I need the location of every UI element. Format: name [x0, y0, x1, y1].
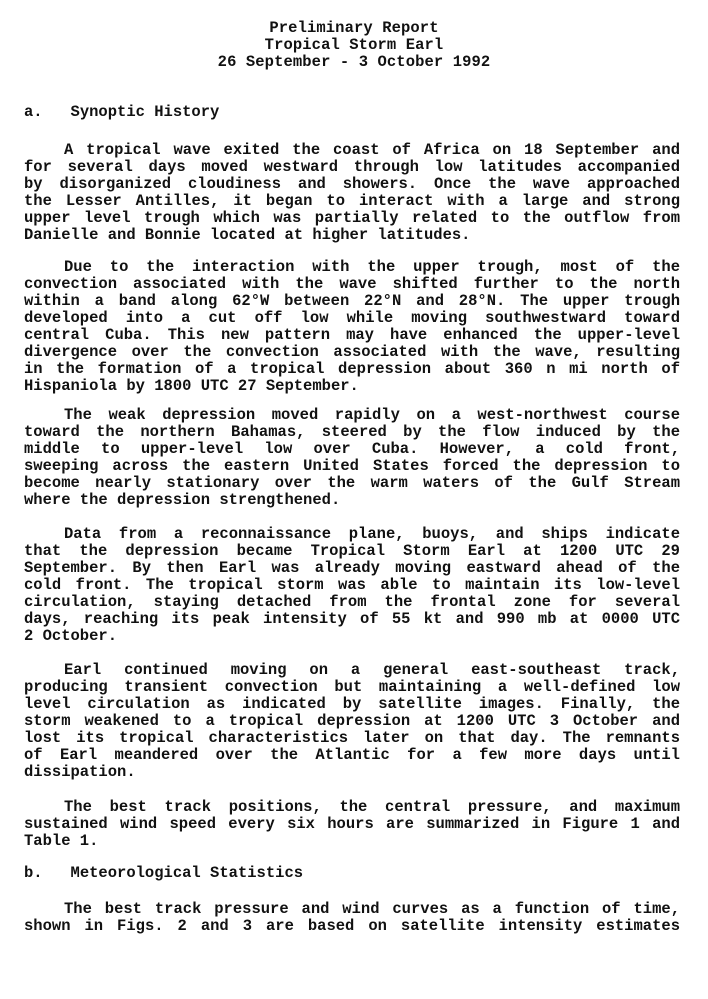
- text-line: upper level trough which was partially r…: [24, 210, 680, 227]
- text-line: Data from a reconnaissance plane, buoys,…: [24, 526, 680, 543]
- report-title: Preliminary Report: [0, 20, 708, 37]
- text-line: lost its tropical characteristics later …: [24, 730, 680, 747]
- text-line: for several days moved westward through …: [24, 159, 680, 176]
- text-line: Due to the interaction with the upper tr…: [24, 259, 680, 276]
- text-line: by disorganized cloudiness and showers. …: [24, 176, 680, 193]
- section-title: Synoptic History: [71, 103, 220, 121]
- text-line: central Cuba. This new pattern may have …: [24, 327, 680, 344]
- text-line: 2 October.: [24, 628, 680, 645]
- text-line: The best track pressure and wind curves …: [24, 901, 680, 918]
- text-line: circulation, staying detached from the f…: [24, 594, 680, 611]
- text-line: middle to upper-level low over Cuba. How…: [24, 441, 680, 458]
- section-label: b.: [24, 864, 43, 882]
- text-line: The weak depression moved rapidly on a w…: [24, 407, 680, 424]
- text-line: divergence over the convection associate…: [24, 344, 680, 361]
- section-heading-meteorological-statistics: b. Meteorological Statistics: [24, 865, 303, 882]
- text-line: shown in Figs. 2 and 3 are based on sate…: [24, 918, 680, 935]
- paragraph: The weak depression moved rapidly on a w…: [24, 407, 680, 509]
- paragraph: A tropical wave exited the coast of Afri…: [24, 142, 680, 244]
- text-line: where the depression strengthened.: [24, 492, 680, 509]
- document-page: Preliminary Report Tropical Storm Earl 2…: [0, 0, 708, 999]
- text-line: days, reaching its peak intensity of 55 …: [24, 611, 680, 628]
- text-line: A tropical wave exited the coast of Afri…: [24, 142, 680, 159]
- storm-name: Tropical Storm Earl: [0, 37, 708, 54]
- text-line: Danielle and Bonnie located at higher la…: [24, 227, 680, 244]
- text-line: level circulation as indicated by satell…: [24, 696, 680, 713]
- text-line: producing transient convection but maint…: [24, 679, 680, 696]
- text-line: cold front. The tropical storm was able …: [24, 577, 680, 594]
- text-line: dissipation.: [24, 764, 680, 781]
- text-line: Table 1.: [24, 833, 680, 850]
- paragraph: Earl continued moving on a general east-…: [24, 662, 680, 781]
- paragraph: Due to the interaction with the upper tr…: [24, 259, 680, 395]
- text-line: Earl continued moving on a general east-…: [24, 662, 680, 679]
- text-line: convection associated with the wave shif…: [24, 276, 680, 293]
- text-line: sweeping across the eastern United State…: [24, 458, 680, 475]
- section-heading-synoptic-history: a. Synoptic History: [24, 104, 219, 121]
- text-line: The best track positions, the central pr…: [24, 799, 680, 816]
- text-line: within a band along 62°W between 22°N an…: [24, 293, 680, 310]
- report-title-block: Preliminary Report Tropical Storm Earl 2…: [0, 20, 708, 71]
- text-line: developed into a cut off low while movin…: [24, 310, 680, 327]
- paragraph: The best track positions, the central pr…: [24, 799, 680, 850]
- paragraph: The best track pressure and wind curves …: [24, 901, 680, 935]
- section-title: Meteorological Statistics: [71, 864, 304, 882]
- text-line: that the depression became Tropical Stor…: [24, 543, 680, 560]
- text-line: September. By then Earl was already movi…: [24, 560, 680, 577]
- paragraph: Data from a reconnaissance plane, buoys,…: [24, 526, 680, 645]
- text-line: Hispaniola by 1800 UTC 27 September.: [24, 378, 680, 395]
- text-line: toward the northern Bahamas, steered by …: [24, 424, 680, 441]
- date-range: 26 September - 3 October 1992: [0, 54, 708, 71]
- text-line: become nearly stationary over the warm w…: [24, 475, 680, 492]
- text-line: in the formation of a tropical depressio…: [24, 361, 680, 378]
- text-line: the Lesser Antilles, it began to interac…: [24, 193, 680, 210]
- text-line: of Earl meandered over the Atlantic for …: [24, 747, 680, 764]
- text-line: storm weakened to a tropical depression …: [24, 713, 680, 730]
- section-label: a.: [24, 103, 43, 121]
- text-line: sustained wind speed every six hours are…: [24, 816, 680, 833]
